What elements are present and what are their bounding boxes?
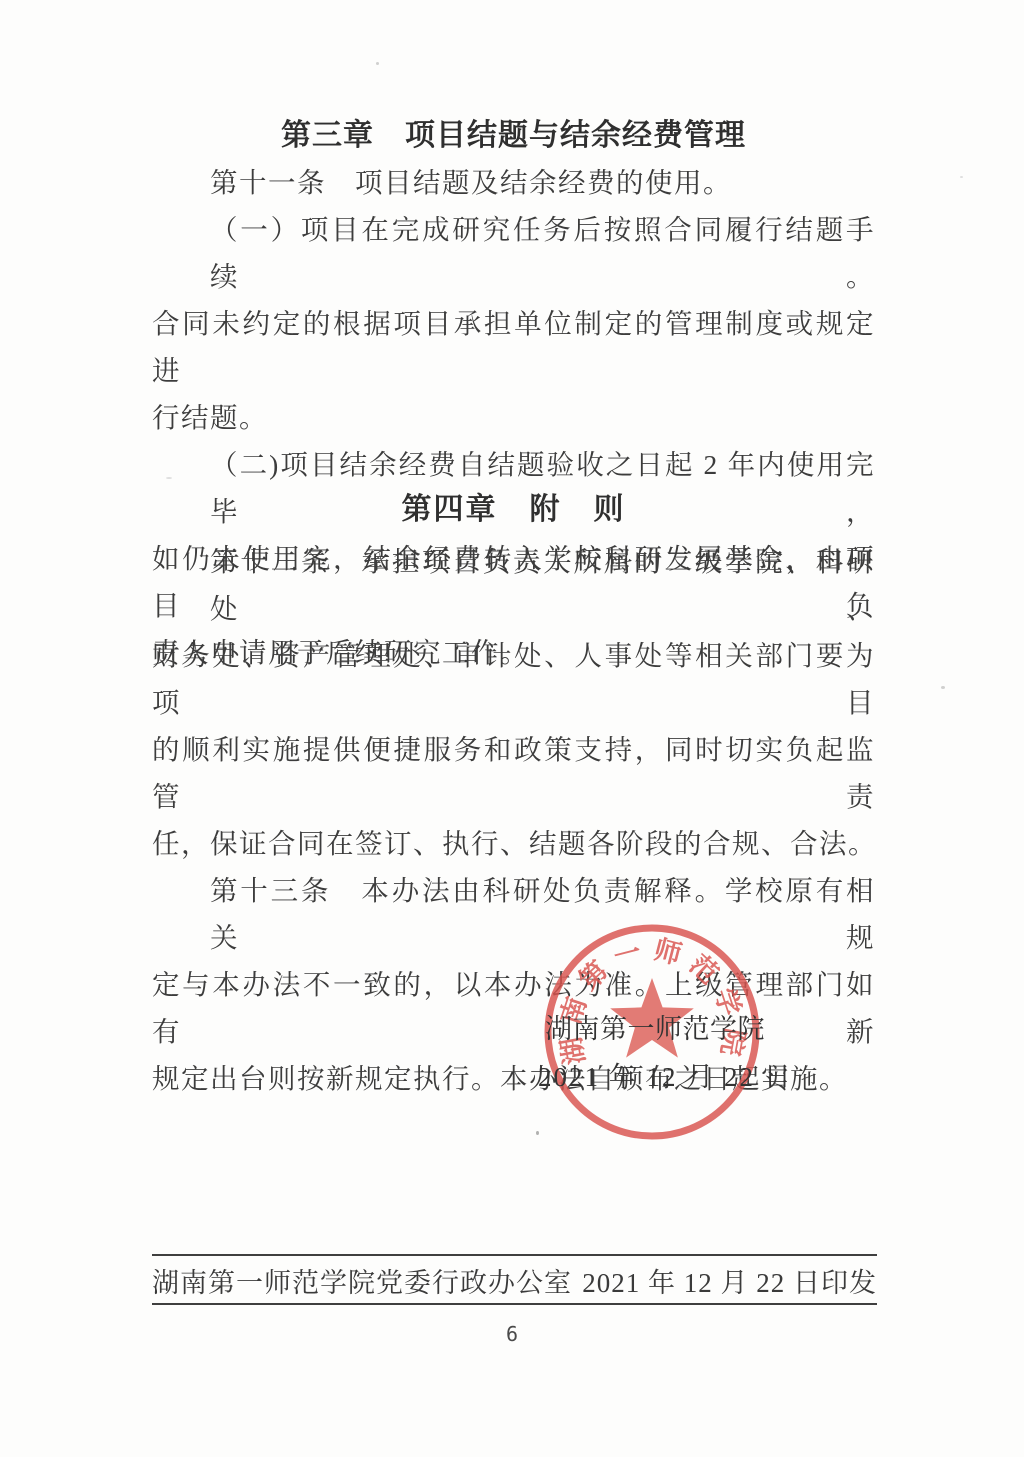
chapter3-heading: 第三章 项目结题与结余经费管理 [152,110,875,154]
body-line: 定与本办法不一致的，以本办法为准。上级管理部门如有新 [152,961,875,1055]
scan-speck [941,686,945,689]
articles-12-13-block: 第十二条 承担项目负责人所属的二级学院、科研处、 财务处、资产管理处、审计处、人… [152,538,875,1102]
body-line: （一）项目在完成研究任务后按照合同履行结题手续。 [152,206,875,300]
signature-org: 湖南第一师范学院 [545,1007,765,1046]
scan-speck [166,477,172,479]
signature-date: 2021 年 12 月 22 日 [538,1055,793,1094]
body-line: 第十二条 承担项目负责人所属的二级学院、科研处、 [152,538,875,632]
footer-rule-bottom [152,1303,877,1305]
footer-line: 湖南第一师范学院党委行政办公室 2021 年 12 月 22 日印发 [152,1261,877,1300]
scan-speck [960,176,963,178]
body-line: 财务处、资产管理处、审计处、人事处等相关部门要为项目 [152,632,875,726]
footer-print-date: 2021 年 12 月 22 日印发 [582,1261,877,1300]
body-line: 合同未约定的根据项目承担单位制定的管理制度或规定进 [152,300,875,394]
scan-speck [536,1131,539,1135]
chapter4-heading: 第四章 附 则 [152,484,875,528]
document-page: 第三章 项目结题与结余经费管理 第十一条 项目结题及结余经费的使用。 （一）项目… [0,0,1024,1457]
page-number: 6 [0,1322,1024,1346]
scan-speck [376,62,379,65]
body-line: 任，保证合同在签订、执行、结题各阶段的合规、合法。 [152,820,875,867]
body-line: 第十三条 本办法由科研处负责解释。学校原有相关规 [152,867,875,961]
footer-rule-top [152,1254,877,1256]
footer-issuer: 湖南第一师范学院党委行政办公室 [152,1261,572,1300]
body-line: 第十一条 项目结题及结余经费的使用。 [152,159,875,206]
body-line: 的顺利实施提供便捷服务和政策支持，同时切实负起监管责 [152,726,875,820]
body-line: 行结题。 [152,394,875,441]
